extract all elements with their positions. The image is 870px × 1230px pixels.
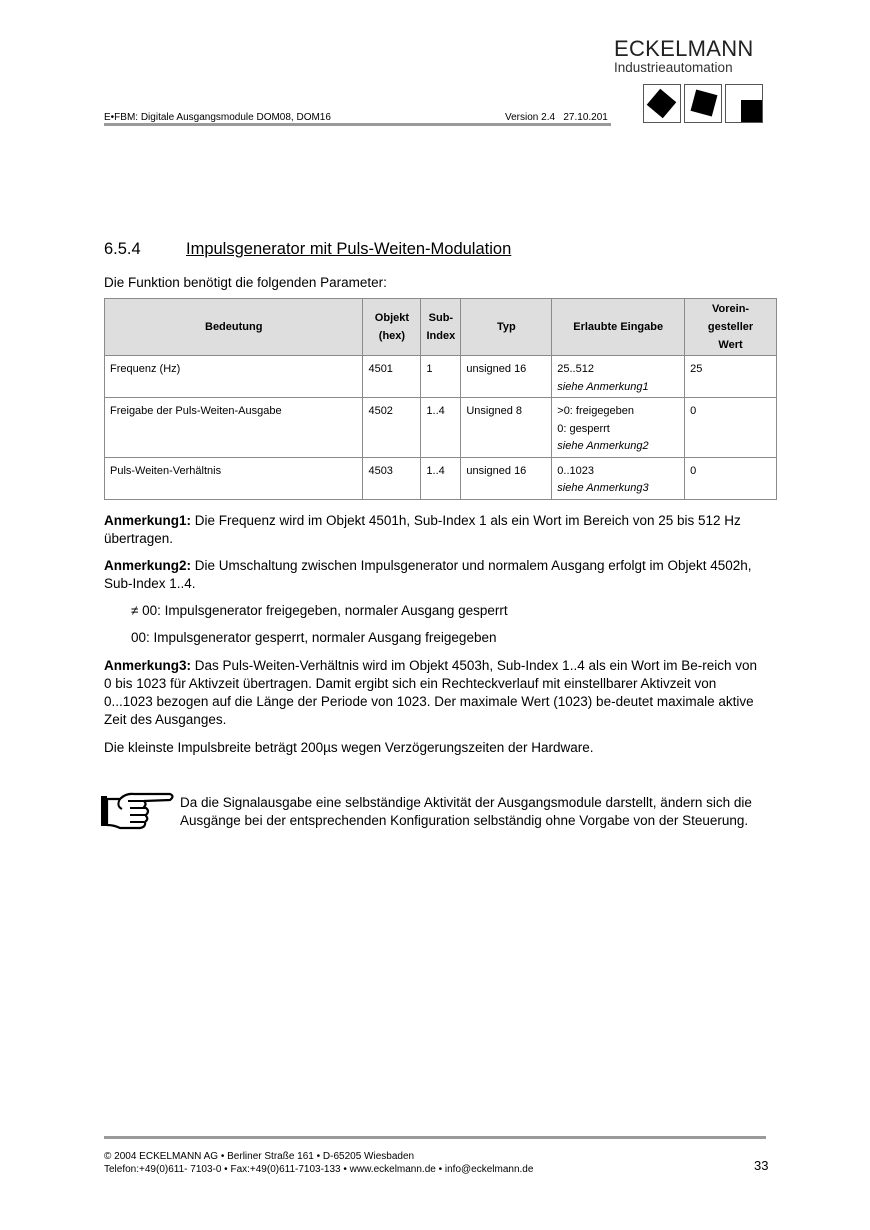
cell-default-value: 0 (685, 398, 777, 458)
cell-default-value: 0 (685, 457, 777, 499)
note-2-item-2: 00: Impulsgenerator gesperrt, normaler A… (131, 629, 791, 647)
note-1-text: Die Frequenz wird im Objekt 4501h, Sub-I… (104, 513, 741, 546)
section-title: Impulsgenerator mit Puls-Weiten-Modulati… (186, 240, 511, 259)
cell-bedeutung: Freigabe der Puls-Weiten-Ausgabe (105, 398, 363, 458)
cell-note-reference: siehe Anmerkung1 (557, 381, 648, 393)
cell-objekt: 4502 (363, 398, 421, 458)
table-row: Frequenz (Hz)45011unsigned 1625..512sieh… (105, 356, 777, 398)
note-2-label: Anmerkung2: (104, 558, 191, 573)
section-intro: Die Funktion benötigt die folgenden Para… (104, 275, 387, 290)
min-pulse-note: Die kleinste Impulsbreite beträgt 200µs … (104, 739, 764, 757)
document-title: E•FBM: Digitale Ausgangsmodule DOM08, DO… (104, 112, 331, 123)
cell-typ: Unsigned 8 (461, 398, 552, 458)
note-2-item-1: ≠ 00: Impulsgenerator freigegeben, norma… (131, 602, 791, 620)
hint-text: Da die Signalausgabe eine selbständige A… (180, 794, 770, 830)
cell-note-reference: siehe Anmerkung3 (557, 482, 648, 494)
cell-bedeutung: Puls-Weiten-Verhältnis (105, 457, 363, 499)
footer-divider (104, 1136, 766, 1139)
note-1: Anmerkung1: Die Frequenz wird im Objekt … (104, 512, 764, 548)
logo-name: ECKELMANN (614, 38, 774, 60)
table-row: Freigabe der Puls-Weiten-Ausgabe45021..4… (105, 398, 777, 458)
column-header: Vorein-gestellerWert (685, 299, 777, 356)
page-number: 33 (754, 1158, 768, 1173)
cell-subindex: 1 (421, 356, 461, 398)
column-header: Objekt(hex) (363, 299, 421, 356)
cell-default-value: 25 (685, 356, 777, 398)
column-header: Typ (461, 299, 552, 356)
parameter-table: BedeutungObjekt(hex)Sub-IndexTypErlaubte… (104, 298, 777, 500)
footer-contact: Telefon:+49(0)611- 7103-0 • Fax:+49(0)61… (104, 1164, 533, 1175)
cell-objekt: 4501 (363, 356, 421, 398)
column-header: Erlaubte Eingabe (552, 299, 685, 356)
cell-eingabe: 0..1023siehe Anmerkung3 (552, 457, 685, 499)
note-3-text: Das Puls-Weiten-Verhältnis wird im Objek… (104, 658, 757, 727)
cell-subindex: 1..4 (421, 457, 461, 499)
cell-subindex: 1..4 (421, 398, 461, 458)
cell-note-reference: siehe Anmerkung2 (557, 440, 648, 452)
logo-subtitle: Industrieautomation (614, 60, 774, 76)
note-3: Anmerkung3: Das Puls-Weiten-Verhältnis w… (104, 657, 764, 729)
column-header: Bedeutung (105, 299, 363, 356)
table-row: Puls-Weiten-Verhältnis45031..4unsigned 1… (105, 457, 777, 499)
table-header-row: BedeutungObjekt(hex)Sub-IndexTypErlaubte… (105, 299, 777, 356)
note-3-label: Anmerkung3: (104, 658, 191, 673)
section-number: 6.5.4 (104, 240, 141, 259)
header-divider (104, 123, 611, 126)
document-version: Version 2.4 27.10.201 (505, 112, 608, 123)
cell-eingabe: >0: freigegeben0: gesperrtsiehe Anmerkun… (552, 398, 685, 458)
cell-eingabe: 25..512siehe Anmerkung1 (552, 356, 685, 398)
pointing-hand-icon (100, 790, 176, 832)
company-logo: ECKELMANN Industrieautomation (614, 38, 774, 76)
note-2-text: Die Umschaltung zwischen Impulsgenerator… (104, 558, 752, 591)
footer-address: © 2004 ECKELMANN AG • Berliner Straße 16… (104, 1151, 414, 1162)
cell-typ: unsigned 16 (461, 457, 552, 499)
cell-typ: unsigned 16 (461, 356, 552, 398)
note-1-label: Anmerkung1: (104, 513, 191, 528)
column-header: Sub-Index (421, 299, 461, 356)
cell-bedeutung: Frequenz (Hz) (105, 356, 363, 398)
note-2: Anmerkung2: Die Umschaltung zwischen Imp… (104, 557, 764, 593)
cell-objekt: 4503 (363, 457, 421, 499)
logo-squares-icon (643, 84, 763, 123)
